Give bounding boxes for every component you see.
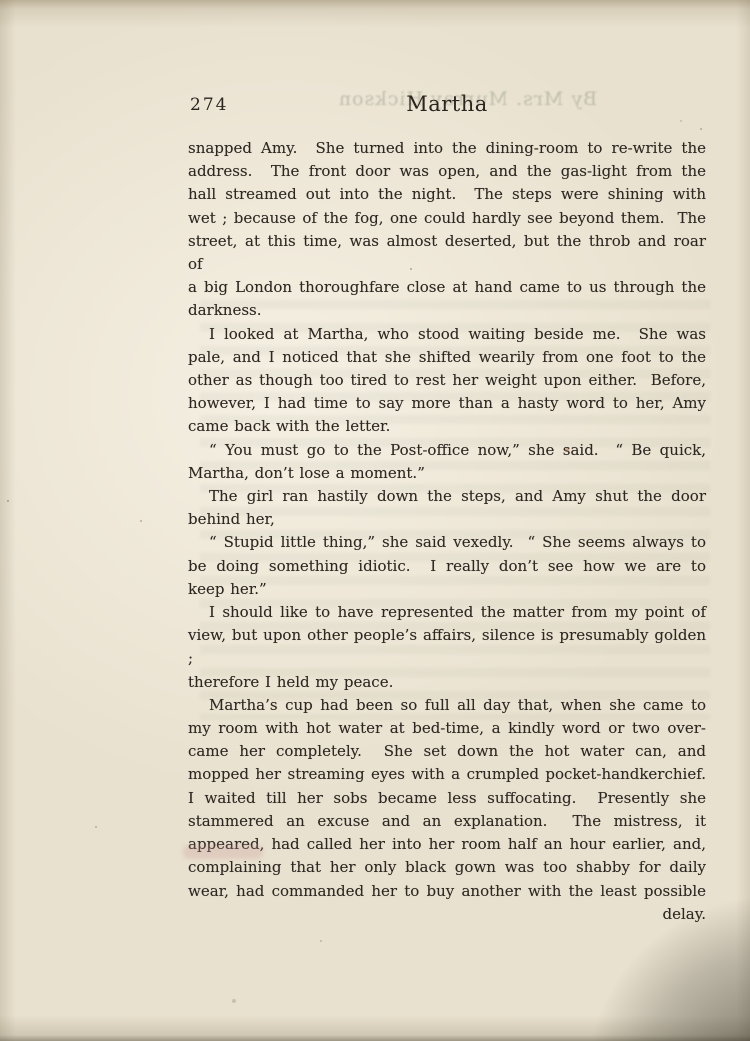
text-line: appeared, had called her into her room h…: [188, 833, 706, 856]
text-line: stammered an excuse and an explanation. …: [188, 810, 706, 833]
text-line: hall streamed out into the night. The st…: [188, 183, 706, 206]
text-line: Martha’s cup had been so full all day th…: [188, 694, 706, 717]
text-line: a big London thoroughfare close at hand …: [188, 276, 706, 299]
text-line: I should like to have represented the ma…: [188, 601, 706, 624]
text-line: street, at this time, was almost deserte…: [188, 230, 706, 276]
text-block: 274 Martha snapped Amy. She turned into …: [188, 92, 706, 926]
text-line: I waited till her sobs became less suffo…: [188, 787, 706, 810]
text-line: mopped her streaming eyes with a crumple…: [188, 763, 706, 786]
page-header: 274 Martha: [188, 92, 706, 118]
text-line: pale, and I noticed that she shifted wea…: [188, 346, 706, 369]
book-page-scan: By Mrs. Murray Hickson 274 Martha snappe…: [0, 0, 750, 1041]
text-line: delay.: [188, 903, 706, 926]
text-line: my room with hot water at bed-time, a ki…: [188, 717, 706, 740]
text-line: came back with the letter.: [188, 415, 706, 438]
paper-specks: [0, 0, 2, 2]
text-line: darkness.: [188, 299, 706, 322]
text-line: “ You must go to the Post-office now,” s…: [188, 439, 706, 462]
text-line: “ Stupid little thing,” she said vexedly…: [188, 531, 706, 554]
running-title: Martha: [188, 92, 706, 116]
text-line: The girl ran hastily down the steps, and…: [188, 485, 706, 508]
text-line: other as though too tired to rest her we…: [188, 369, 706, 392]
text-line: address. The front door was open, and th…: [188, 160, 706, 183]
text-line: behind her,: [188, 508, 706, 531]
text-line: snapped Amy. She turned into the dining-…: [188, 137, 706, 160]
text-line: keep her.”: [188, 578, 706, 601]
text-line: view, but upon other people’s affairs, s…: [188, 624, 706, 670]
text-line: wear, had commanded her to buy another w…: [188, 880, 706, 903]
page-text: snapped Amy. She turned into the dining-…: [188, 137, 706, 926]
text-line: complaining that her only black gown was…: [188, 856, 706, 879]
text-line: therefore I held my peace.: [188, 671, 706, 694]
text-line: I looked at Martha, who stood waiting be…: [188, 323, 706, 346]
text-line: however, I had time to say more than a h…: [188, 392, 706, 415]
text-line: Martha, don’t lose a moment.”: [188, 462, 706, 485]
text-line: came her completely. She set down the ho…: [188, 740, 706, 763]
text-line: wet ; because of the fog, one could hard…: [188, 207, 706, 230]
text-line: be doing something idiotic. I really don…: [188, 555, 706, 578]
